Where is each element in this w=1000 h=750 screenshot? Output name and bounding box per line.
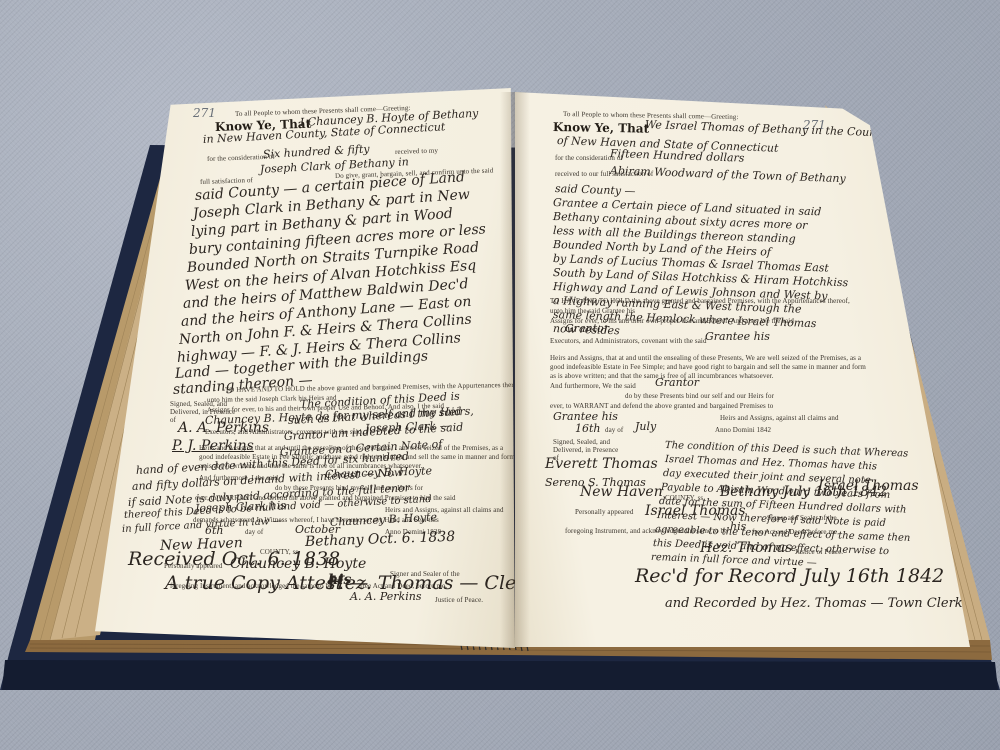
record-received: Rec'd for Record July 16th 1842 — [635, 565, 944, 587]
ack-instrument: foregoing Instrument, and acknowledged t… — [565, 527, 727, 535]
day-label: day of — [605, 426, 623, 434]
deed-day: 16th — [575, 422, 601, 435]
habendum-print: Heirs and Assigns, against all claims an… — [720, 414, 839, 422]
condition-signature: Israel Thomas — [818, 478, 919, 494]
received-note: Received Oct. 6. 1838 — [128, 548, 340, 570]
body-line: said County — — [555, 182, 636, 198]
habendum-hand: Grantor — [655, 376, 699, 389]
witness-signature: P. J. Perkins — [172, 438, 254, 454]
condition-signature: Chauncey B. Hoyte — [330, 510, 438, 529]
deed-month: July — [635, 420, 656, 433]
grantor-line: We Israel Thomas of Bethany in the Count… — [645, 118, 887, 139]
ack-place-date: Bethany Oct. 6. 1838 — [305, 529, 456, 550]
anno-domini: Anno Domini 1842 — [715, 426, 771, 434]
habendum-print: good indefeasible Estate in Fee Simple; … — [550, 363, 866, 371]
left-page-lower: Signed, Sealed, and Delivered, in Presen… — [60, 390, 510, 640]
know-ye-heading: Know Ye, That — [553, 120, 649, 136]
habendum-hand: Grantee his — [705, 330, 770, 343]
ack-county-print: COUNTY, ss. — [665, 494, 705, 502]
ack-free-act: free Act and Deed, before me, — [752, 528, 839, 536]
page-number: 271 — [193, 106, 216, 120]
ack-personally-appeared: Personally appeared — [575, 508, 633, 516]
habendum-print: TO HAVE AND TO HOLD the above granted an… — [550, 297, 850, 305]
ack-justice: Hez. Thomas — [700, 540, 792, 556]
ack-signer-print: Signer and Sealer of the — [767, 514, 837, 522]
witness-signature: Everett Thomas — [545, 456, 658, 472]
ack-county: New Haven — [580, 484, 663, 500]
received-from: Abiram Woodward of the Town of Bethany — [610, 164, 846, 185]
habendum-print: do by these Presents bind our self and o… — [625, 392, 774, 400]
ack-signer: Israel Thomas — [645, 503, 746, 519]
record-recorded-by: and Recorded by Hez. Thomas — Town Clerk — [665, 596, 963, 611]
habendum-hand: Grantor — [565, 322, 609, 335]
habendum-print: unto him the said Grantee his — [550, 307, 635, 315]
ack-justice-label: Justice of Peace. — [435, 596, 483, 604]
habendum-print: Executors, and Administrators, covenant … — [550, 337, 707, 345]
habendum-print: ever, to WARRANT and defend the above gr… — [550, 402, 773, 410]
habendum-print: Heirs and Assigns, that at and until the… — [550, 354, 861, 362]
habendum-print: And furthermore, We the said — [550, 382, 636, 390]
book-gutter — [500, 92, 530, 648]
witness-signature: A. A. Perkins — [178, 420, 269, 436]
ack-his: his — [730, 520, 746, 533]
ack-justice-label: Justice of Peace. — [795, 548, 843, 556]
